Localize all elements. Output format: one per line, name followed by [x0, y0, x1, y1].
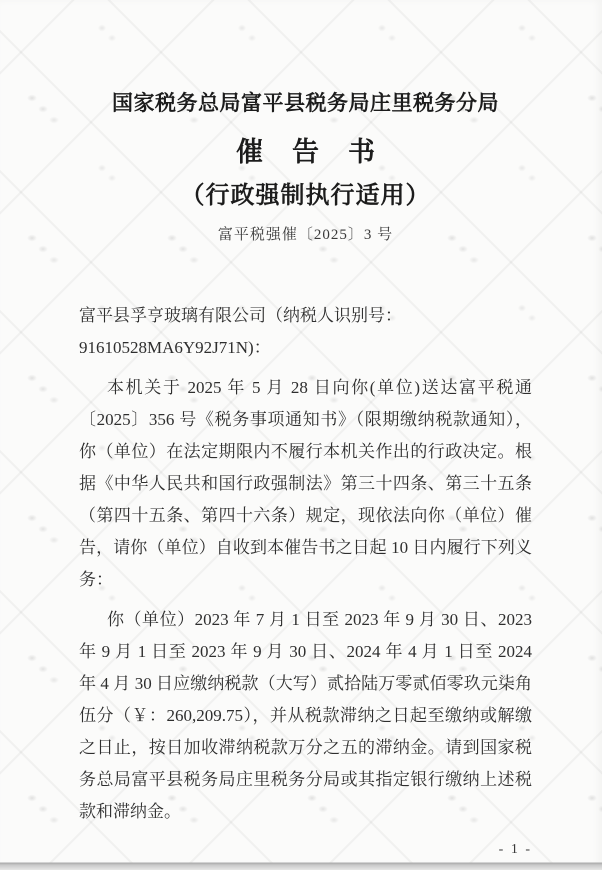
page-number: - 1 - — [79, 842, 534, 858]
document-subtitle: （行政强制执行适用） — [79, 179, 532, 213]
body-paragraph: 你（单位）2023 年 7 月 1 日至 2023 年 9 月 30 日、202… — [79, 604, 532, 828]
document-content: 国家税务总局富平县税务局庄里税务分局 催告书 （行政强制执行适用） 富平税强催〔… — [0, 0, 602, 858]
document-body: 富平县孚亨玻璃有限公司（纳税人识别号：91610528MA6Y92J71N)： … — [79, 300, 532, 828]
document-page: 国家税务总局富平县税务局庄里税务分局 催告书 （行政强制执行适用） 富平税强催〔… — [0, 0, 602, 870]
document-title: 催告书 — [79, 134, 532, 170]
document-number: 富平税强催〔2025〕3 号 — [79, 224, 532, 246]
recipient-paragraph: 富平县孚亨玻璃有限公司（纳税人识别号：91610528MA6Y92J71N)： — [79, 300, 532, 364]
issuer-title: 国家税务总局富平县税务局庄里税务分局 — [79, 88, 532, 118]
body-paragraph: 本机关于 2025 年 5 月 28 日向你(单位)送达富平税通〔2025〕35… — [79, 372, 532, 596]
scan-edge — [0, 861, 602, 870]
